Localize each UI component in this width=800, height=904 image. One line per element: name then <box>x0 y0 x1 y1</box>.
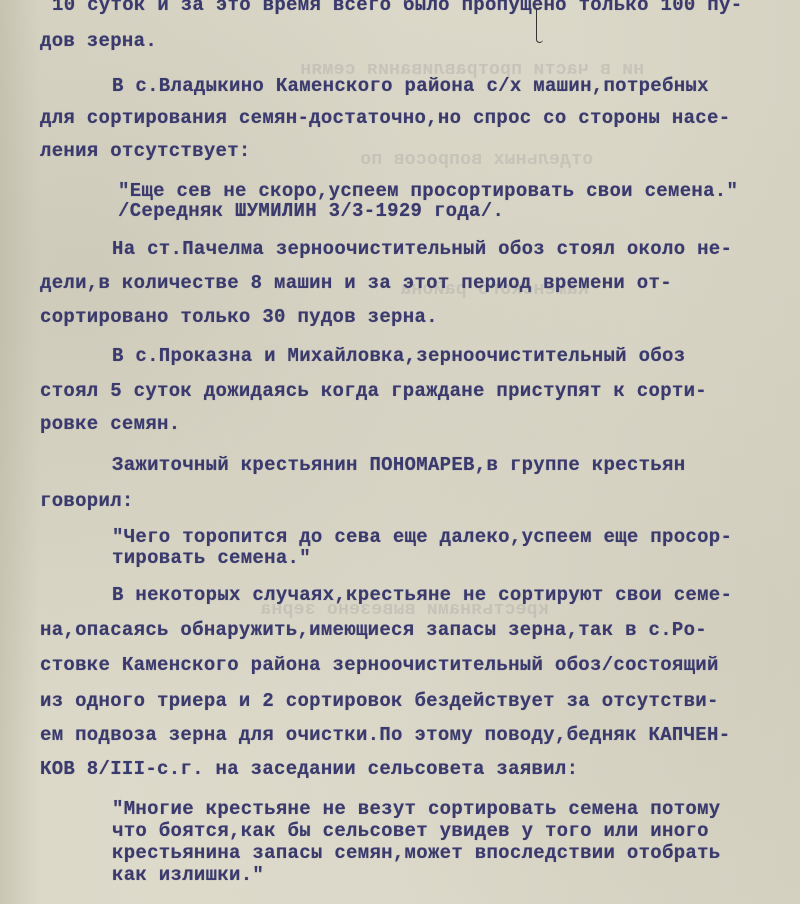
quote-line: крестьянина запасы семян,может впоследст… <box>112 842 721 864</box>
quote-line: "Еще сев не скоро,успеем просортировать … <box>118 180 738 202</box>
text-line: дели,в количестве 8 машин и за этот пери… <box>40 272 672 294</box>
quote-line: "Чего торопится до сева еще далеко,успее… <box>112 526 732 548</box>
handwritten-correction-mark <box>536 8 543 43</box>
document-page: ни в части протравливания семян отдельны… <box>0 0 800 904</box>
quote-line: что боятся,как бы сельсовет увидев у тог… <box>112 820 709 842</box>
quote-attribution: /Середняк ШУМИЛИН 3/3-1929 года/. <box>118 200 504 222</box>
text-line: говорил: <box>40 490 134 512</box>
bleed-through-text: отдельных вопросов по <box>360 150 593 170</box>
text-line: стовке Каменского района зерноочиститель… <box>40 654 719 676</box>
quote-line: тировать семена." <box>112 547 311 569</box>
text-line: В с.Владыкино Каменского района с/х маши… <box>112 75 709 97</box>
quote-line: как излишки." <box>112 864 264 886</box>
quote-line: "Многие крестьяне не везут сортировать с… <box>112 798 721 820</box>
text-line: Зажиточный крестьянин ПОНОМАРЕВ,в группе… <box>112 454 685 476</box>
text-line: В с.Проказна и Михайловка,зерноочистител… <box>112 345 685 367</box>
text-line: сортировано только 30 пудов зерна. <box>40 306 438 328</box>
text-line: на,опасаясь обнаружить,имеющиеся запасы … <box>40 619 707 641</box>
text-line: КОВ 8/III-с.г. на заседании сельсовета з… <box>40 758 578 780</box>
text-line: 10 суток и за это время всего было пропу… <box>52 0 742 16</box>
text-line: стоял 5 суток дожидаясь когда граждане п… <box>40 380 707 402</box>
text-line: для сортирования семян-достаточно,но спр… <box>40 107 730 129</box>
text-line: из одного триера и 2 сортировок бездейст… <box>40 690 719 712</box>
text-line: ем подвоза зерна для очистки.По этому по… <box>40 724 730 746</box>
text-line: В некоторых случаях,крестьяне не сортиру… <box>112 584 732 606</box>
text-line: На ст.Пачелма зерноочистительный обоз ст… <box>112 238 732 260</box>
text-line: дов зерна. <box>40 30 157 52</box>
text-line: ления отсутствует: <box>40 140 251 162</box>
text-line: ровке семян. <box>40 413 180 435</box>
